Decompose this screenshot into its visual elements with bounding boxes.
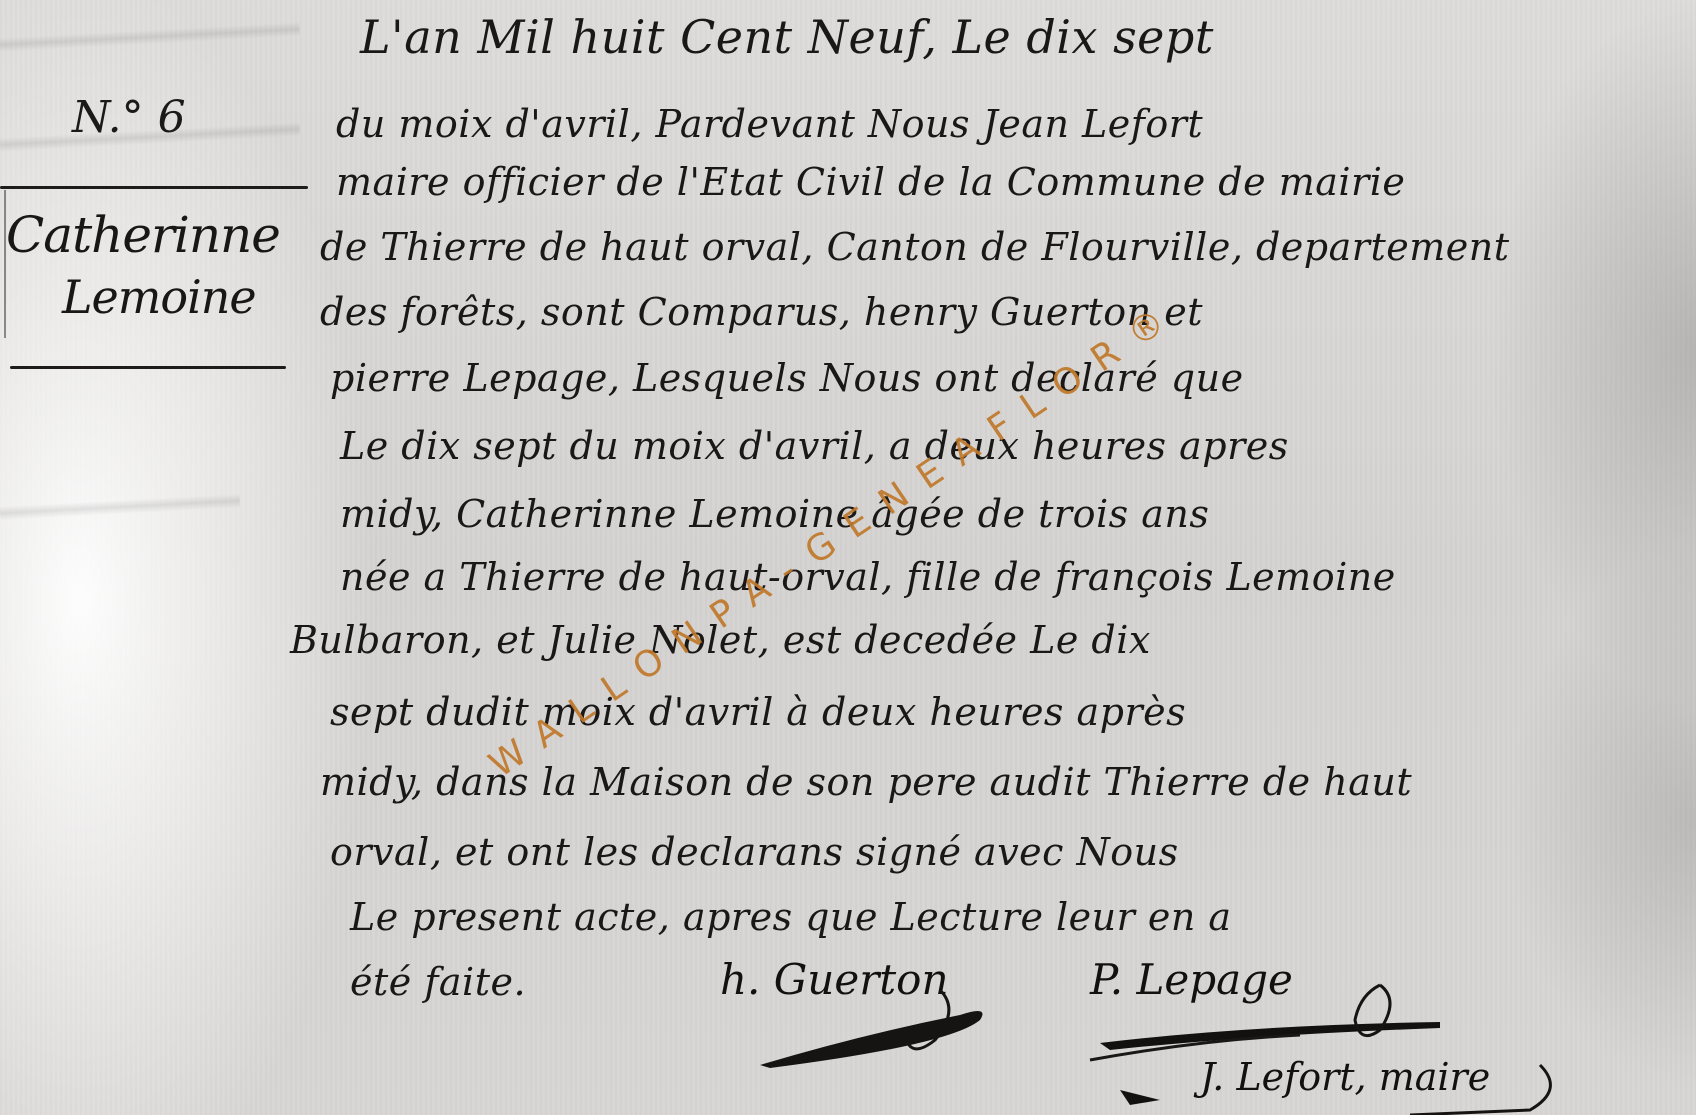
body-line: de Thierre de haut orval, Canton de Flou… xyxy=(320,225,1509,269)
body-line: sept dudit moix d'avril à deux heures ap… xyxy=(330,690,1186,734)
signature-mayor: J. Lefort, maire xyxy=(1200,1055,1490,1099)
body-line: née a Thierre de haut-orval, fille de fr… xyxy=(340,555,1396,599)
body-line: midy, dans la Maison de son pere audit T… xyxy=(320,760,1412,804)
margin-rule-bottom xyxy=(10,366,286,369)
margin-rule-top xyxy=(0,186,308,189)
margin-first-name: Catherinne xyxy=(6,206,280,264)
body-line: orval, et ont les declarans signé avec N… xyxy=(330,830,1179,874)
body-line: Le dix sept du moix d'avril, a deux heur… xyxy=(340,424,1289,468)
body-line: maire officier de l'Etat Civil de la Com… xyxy=(336,160,1405,204)
body-line: du moix d'avril, Pardevant Nous Jean Lef… xyxy=(336,102,1203,146)
margin-last-name: Lemoine xyxy=(62,270,256,324)
body-line: Le present acte, apres que Lecture leur … xyxy=(350,895,1232,939)
body-line: des forêts, sont Comparus, henry Guerton… xyxy=(320,290,1203,334)
body-line: midy, Catherinne Lemoine âgée de trois a… xyxy=(340,492,1209,536)
record-number: N.° 6 xyxy=(72,92,186,143)
body-line: été faite. xyxy=(350,960,526,1004)
signature-lepage: P. Lepage xyxy=(1090,955,1293,1004)
body-line: L'an Mil huit Cent Neuf, Le dix sept xyxy=(360,10,1214,64)
signature-guerton: h. Guerton xyxy=(720,955,949,1004)
